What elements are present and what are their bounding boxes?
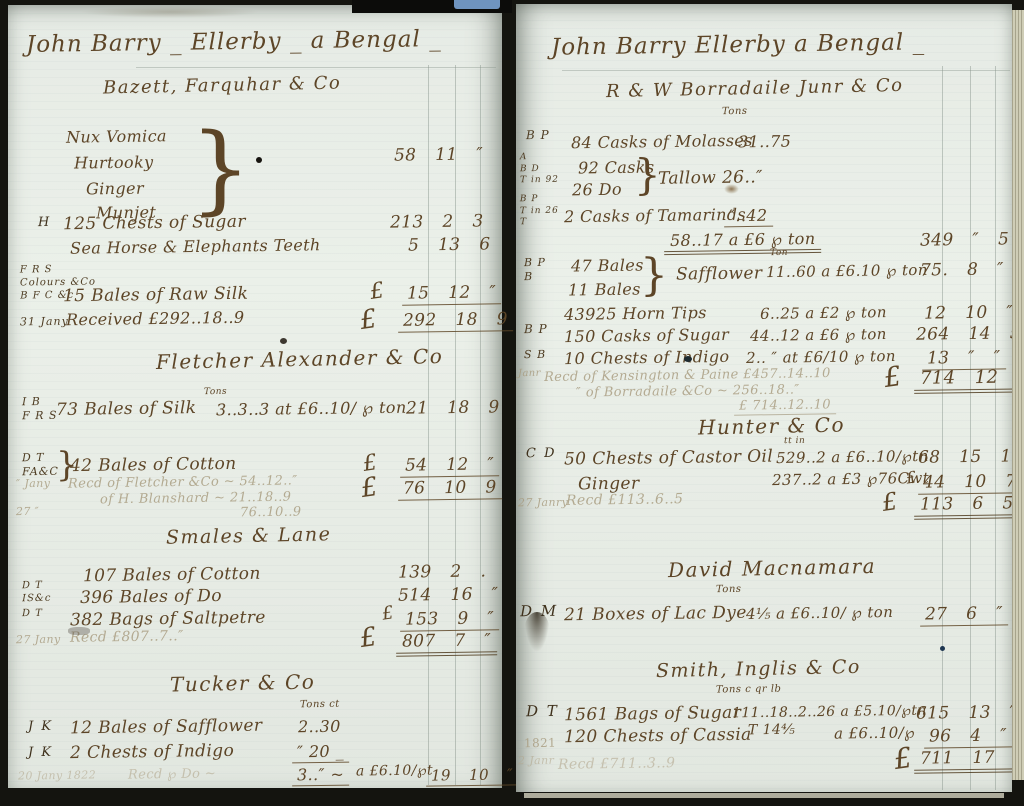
entry-desc: 73 Bales of Silk (56, 398, 197, 420)
margin-mark: B P B (524, 256, 546, 285)
date-note: 31 Jany (20, 315, 69, 330)
entry-quantity: 111..18..2..26 a £5.10/℘tn (732, 703, 927, 722)
entry-desc: 107 Bales of Cotton (83, 564, 261, 586)
margin-mark: B P (524, 322, 548, 338)
firm-heading: Smales & Lane (166, 523, 332, 548)
ink-blot (256, 157, 262, 163)
ink-blot (280, 338, 287, 344)
pound-sign: £ (882, 361, 904, 394)
page-title: John Barry _ Ellerby _ a Bengal _ (26, 26, 442, 58)
entry-amount: 13 ″ ″ (922, 347, 1006, 368)
entry-amount: 292 18 9 (398, 309, 513, 331)
entry-amount: 68 15 10 (918, 446, 1023, 467)
entry-desc: 1561 Bags of Sugar (564, 703, 741, 725)
receipt-note: 76..10..9 (240, 505, 302, 521)
pound-sign: £ (381, 602, 396, 624)
amount-double-underlined: 714 12 10 (914, 366, 1024, 394)
amount-underlined: 292 18 9 (398, 309, 513, 333)
entry-amount: 58 11 ″ (394, 144, 484, 165)
receipt-note: Recd ℘ Do ~ (128, 766, 216, 782)
year-note: 1821 (524, 736, 556, 750)
entry-desc: 84 Casks of Molasses (571, 131, 753, 153)
margin-mark: D T IS&c (22, 579, 52, 605)
receipt-note: Received £292..18..9 (66, 308, 245, 329)
entry-amount: 44 10 7 (918, 471, 1022, 492)
entry-desc: 382 Bags of Saltpetre (70, 608, 266, 631)
entry-amount: 514 16 ″ (398, 584, 499, 605)
date-note: Janr (518, 368, 541, 379)
entry-quantity: 11..60 a £6.10 ℘ ton (766, 261, 928, 281)
entry-desc: Sea Horse & Elephants Teeth (70, 235, 321, 257)
money-column-rule (480, 65, 481, 785)
commodity-item: Ginger (86, 179, 144, 199)
entry-amount: 264 14 5 (916, 323, 1021, 344)
margin-mark: B P T in 26 T (520, 194, 559, 230)
amount-underlined: 54 12 ″ (400, 454, 500, 477)
page-title: John Barry Ellerby a Bengal _ (551, 29, 925, 60)
ink-smudge (68, 627, 90, 635)
margin-mark: I B F R S (22, 395, 58, 424)
entry-desc: 396 Bales of Do (80, 586, 222, 608)
ink-smudge (524, 612, 550, 652)
brace-glyph: } (634, 150, 661, 199)
entry-amount: 113 6 5 (914, 493, 1020, 514)
entry-desc: 21 Boxes of Lac Dye (564, 603, 747, 626)
entry-desc: 120 Chests of Cassia (564, 725, 752, 748)
entry-quantity: 31..75 (738, 132, 792, 152)
commodity-item: Nux Vomica (66, 126, 167, 146)
margin-mark: A B D T in 92 (520, 152, 559, 188)
date-note: 27 Jany (16, 633, 61, 647)
date-note: 2 Janr (518, 754, 554, 768)
entry-price: a £6..10/℘ (834, 723, 915, 742)
margin-mark: D T (526, 702, 559, 720)
date-note: 27 ″ (16, 505, 39, 518)
entry-amount: 714 12 10 (914, 366, 1024, 389)
margin-mark: S B (524, 348, 546, 363)
receipt-note: Recd £113..6..5 (566, 491, 684, 509)
entry-quantity: 6..25 a £2 ℘ ton (760, 303, 887, 323)
amount-double-underlined: 113 6 5 (914, 493, 1020, 519)
entry-desc: 42 Bales of Cotton (70, 454, 237, 476)
amount-underlined: 44 10 7 (918, 471, 1022, 494)
entry-price: a £6.10/℘t (356, 762, 433, 779)
column-header-tons: Tons (722, 106, 748, 117)
pound-sign: £ (368, 278, 386, 305)
ink-blot (684, 356, 692, 362)
margin-mark: B P (526, 128, 550, 144)
firm-heading: Smith, Inglis & Co (656, 656, 861, 682)
money-column-rule (428, 65, 429, 785)
entry-amount: 27 6 ″ (920, 603, 1008, 624)
entry-quantity: 529..2 a £6..10/℘tn (776, 447, 929, 467)
entry-desc: 15 Bales of Raw Silk (63, 284, 249, 307)
entry-quantity: T 14⅘ (748, 722, 795, 739)
amount-underlined: 15 12 ″ (402, 282, 502, 305)
amount-underlined: 19 10 ″ (426, 765, 518, 786)
entry-desc: 2 Chests of Indigo (70, 741, 234, 763)
entry-amount: 139 2 . (398, 561, 487, 582)
margin-mark: H (38, 215, 52, 230)
bottom-page-sliver (524, 793, 1004, 798)
margin-mark: D T FA&C (22, 451, 59, 480)
page-edge-stack (1012, 10, 1024, 780)
firm-heading: R & W Borradaile Junr & Co (606, 75, 904, 102)
amount-double-underlined: 807 7 ″ (396, 630, 498, 656)
entry-desc: 2 Casks of Tamarinds (564, 205, 746, 227)
amount-underlined: 153 9 ″ (400, 608, 500, 631)
unit-superscript: Ton (770, 248, 788, 258)
entry-quantity: 44..12 a £6 ℘ ton (750, 325, 887, 345)
entry-desc: Safflower (676, 263, 763, 284)
header-rule (562, 70, 1010, 71)
entry-amount: 153 9 ″ (400, 608, 500, 629)
firm-heading: David Macnamara (668, 554, 877, 582)
offset-smudge (80, 6, 260, 18)
receipt-note: £ 714..12..10 (734, 397, 836, 413)
entry-desc: 12 Bales of Safflower (70, 716, 263, 739)
subtotal-quantity: 58..17 a £6 ℘ ton (664, 229, 822, 250)
entry-quantity: 3..3..3 at £6..10/ ℘ ton (216, 398, 407, 420)
margin-mark: J K (28, 745, 53, 760)
column-header-tons: Tons (716, 584, 742, 595)
entry-amount: 12 10 ″ (924, 302, 1014, 323)
money-column-rule (970, 66, 971, 790)
entry-amount: 75. 8 ″ (920, 259, 1004, 280)
unit-superscript: tt in (784, 436, 805, 446)
firm-heading: Bazett, Farquhar & Co (103, 73, 342, 99)
entry-desc: Tallow 26..″ (658, 167, 763, 188)
entry-desc: 150 Casks of Sugar (564, 325, 729, 346)
pound-sign: £ (358, 304, 379, 336)
entry-amount: 5 13 6 (408, 234, 491, 255)
entry-quantity: 2.. ″ at £6/10 ℘ ton (746, 347, 896, 367)
margin-mark: J K (28, 719, 53, 734)
ledger-left-page: John Barry _ Ellerby _ a Bengal _ Bazett… (8, 5, 502, 788)
blue-tab (454, 0, 500, 9)
entry-quantity: 2..30 (298, 717, 341, 737)
header-rule (136, 67, 496, 68)
column-header-tons: Tons c qr lb (716, 684, 782, 696)
quantity-underlined: 3..″ ~ (292, 765, 350, 787)
firm-heading: Fletcher Alexander & Co (156, 344, 444, 374)
entry-desc: 11 Bales (568, 279, 641, 299)
ink-blot (940, 646, 945, 651)
entry-amount: 349 ″ 5 (920, 229, 1010, 250)
firm-heading: Tucker & Co (170, 669, 316, 696)
margin-mark: D T (22, 607, 43, 620)
quantity-underlined: ″ 20 _ (292, 742, 349, 764)
ledger-scan: { "colors":{"paper":"#e9eee7","ink":"#5d… (0, 0, 1024, 806)
pound-sign: £ (880, 487, 899, 517)
commodity-item: Hurtooky (74, 152, 154, 172)
entry-amount: 615 13 ″ (916, 702, 1017, 723)
entry-amount: 711 17 ″ (914, 747, 1024, 769)
amount-double-underlined: 711 17 ″ (914, 747, 1024, 774)
pound-sign: £ (358, 622, 379, 654)
entry-amount: 19 10 ″ (426, 764, 518, 784)
quantity-double-underlined: 58..17 a £6 ℘ ton (664, 229, 822, 255)
receipt-note: Recd of Fletcher &Co ~ 54..12..″ (68, 473, 298, 491)
date-note: 20 Jany 1822 (18, 768, 96, 782)
money-column-rule (942, 66, 943, 790)
entry-quantity: ″..42 (724, 206, 773, 226)
entry-quantity: 3..″ ~ (292, 765, 349, 785)
entry-desc: 125 Chests of Sugar (63, 212, 246, 235)
entry-amount: 21 18 9 (406, 397, 500, 418)
entry-amount: 54 12 ″ (400, 454, 500, 475)
margin-mark: C D (526, 446, 557, 461)
pound-sign: £ (359, 472, 380, 504)
amount-underlined: 96 4 ″ (924, 725, 1012, 748)
money-column-rule (995, 66, 996, 790)
entry-amount: 76 10 9 (398, 477, 502, 498)
receipt-note: Recd £711..3..9 (558, 755, 676, 773)
brace-glyph: } (190, 113, 251, 225)
amount-underlined: 76 10 9 (398, 477, 502, 500)
ledger-right-page: John Barry Ellerby a Bengal _ R & W Borr… (516, 4, 1012, 792)
entry-quantity: 4⅕ a £6..10/ ℘ ton (746, 603, 893, 623)
quantity-underlined: ″..42 (724, 206, 773, 228)
unit-superscript: Tons (204, 387, 227, 397)
brace-glyph: } (640, 250, 668, 301)
pound-sign: £ (892, 741, 915, 776)
money-column-rule (455, 65, 456, 785)
entry-amount: 96 4 ″ (924, 725, 1012, 746)
date-note: ″ Jany (16, 477, 50, 490)
entry-desc: 47 Bales (571, 255, 644, 275)
entry-amount: 213 2 3 (390, 211, 484, 232)
entry-amount: 807 7 ″ (396, 630, 498, 651)
entry-desc: 43925 Horn Tips (564, 303, 707, 324)
ink-blot (724, 184, 739, 194)
amount-underlined: 27 6 ″ (920, 603, 1008, 626)
date-note: 27 Janry (518, 496, 568, 510)
pound-sign: £ (905, 467, 918, 487)
column-header-tons: Tons ct (300, 699, 340, 711)
entry-amount: 15 12 ″ (402, 282, 502, 303)
entry-desc: 10 Chests of Indigo (564, 347, 730, 368)
entry-quantity: ″ 20 _ (292, 742, 349, 762)
entry-desc: 50 Chests of Castor Oil (564, 447, 773, 470)
entry-desc: 26 Do (572, 180, 622, 200)
firm-heading: Hunter & Co (698, 412, 845, 439)
